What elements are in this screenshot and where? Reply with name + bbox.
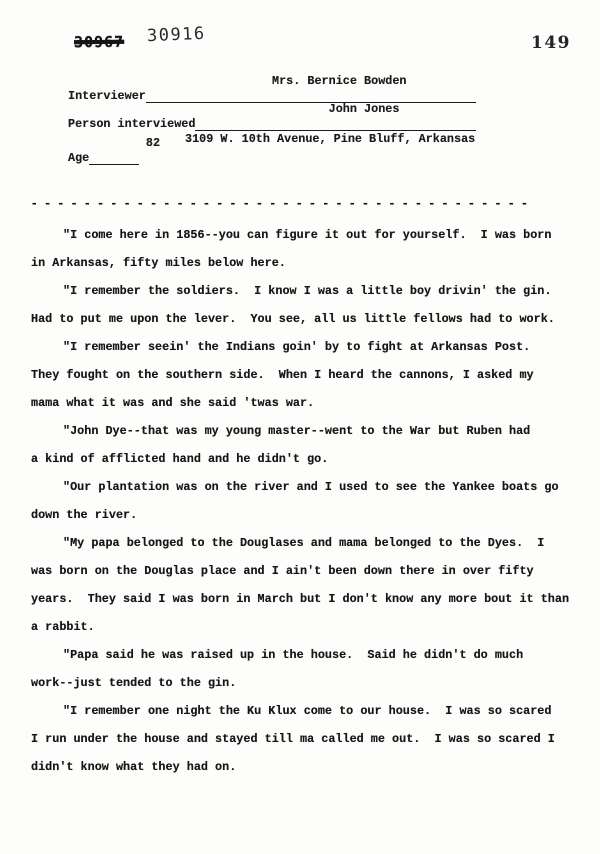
age-label: Age xyxy=(68,151,89,165)
address-line: 3109 W. 10th Avenue, Pine Bluff, Arkansa… xyxy=(185,132,476,146)
person-interviewed-value: John Jones xyxy=(329,102,400,116)
body-line: work--just tended to the gin. xyxy=(31,669,583,697)
interviewer-value: Mrs. Bernice Bowden xyxy=(272,74,407,88)
body-line: They fought on the southern side. When I… xyxy=(31,361,583,389)
body-line: Had to put me upon the lever. You see, a… xyxy=(31,305,583,333)
body-line: a kind of afflicted hand and he didn't g… xyxy=(31,445,583,473)
crossed-out-number: 30967 xyxy=(74,33,124,51)
age-value: 82 xyxy=(146,136,160,150)
body-line: "I remember the soldiers. I know I was a… xyxy=(31,277,583,305)
body-line: "Our plantation was on the river and I u… xyxy=(31,473,583,501)
body-line: "Papa said he was raised up in the house… xyxy=(31,641,583,669)
scanned-document-page: 30967 30916 149 Interviewer Mrs. Bernice… xyxy=(0,0,600,854)
body-line: a rabbit. xyxy=(31,613,583,641)
age-row: Age 82 xyxy=(68,148,476,165)
body-line: didn't know what they had on. xyxy=(31,753,583,781)
page-number: 149 xyxy=(531,33,571,53)
body-line: down the river. xyxy=(31,501,583,529)
interviewer-label: Interviewer xyxy=(68,89,146,103)
stamp-number: 30916 xyxy=(147,24,207,47)
body-line: mama what it was and she said 'twas war. xyxy=(31,389,583,417)
body-line: was born on the Douglas place and I ain'… xyxy=(31,557,583,585)
body-line: "I come here in 1856--you can figure it … xyxy=(31,221,583,249)
body-line: "I remember seein' the Indians goin' by … xyxy=(31,333,583,361)
person-interviewed-underline: John Jones xyxy=(195,88,476,131)
age-underline: 82 xyxy=(89,122,139,165)
body-line: years. They said I was born in March but… xyxy=(31,585,583,613)
header-fields: Interviewer Mrs. Bernice Bowden Person i… xyxy=(68,86,476,165)
separator-dashes: - - - - - - - - - - - - - - - - - - - - … xyxy=(31,197,536,210)
body-line: "I remember one night the Ku Klux come t… xyxy=(31,697,583,725)
body-line: "John Dye--that was my young master--wen… xyxy=(31,417,583,445)
body-text: "I come here in 1856--you can figure it … xyxy=(31,221,583,781)
body-line: in Arkansas, fifty miles below here. xyxy=(31,249,583,277)
body-line: "My papa belonged to the Douglases and m… xyxy=(31,529,583,557)
body-line: I run under the house and stayed till ma… xyxy=(31,725,583,753)
